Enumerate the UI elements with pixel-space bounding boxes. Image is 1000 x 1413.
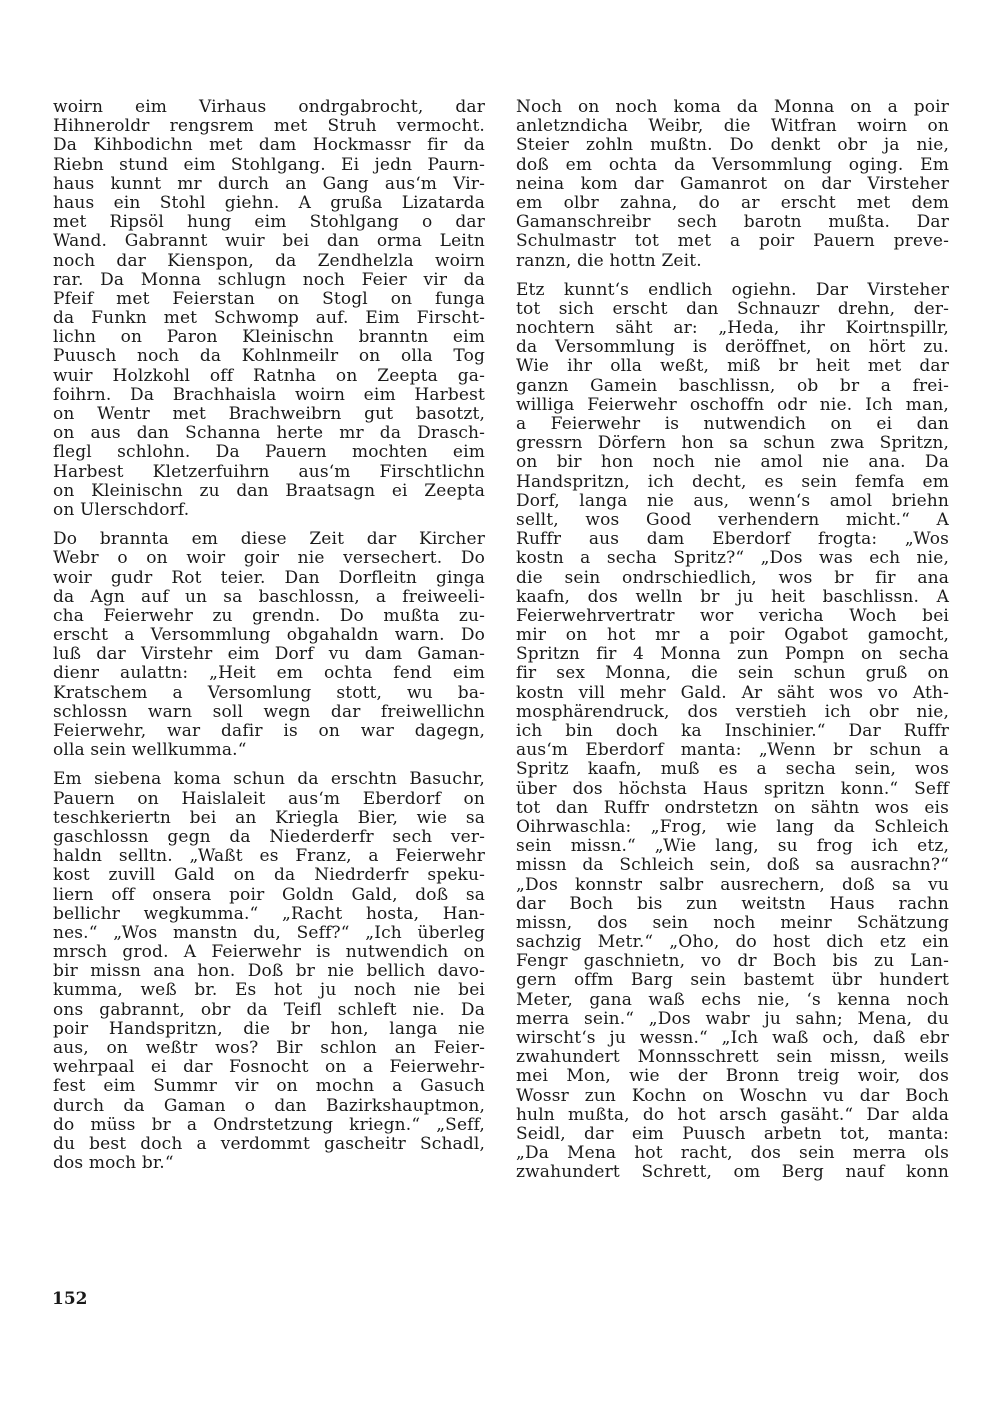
text-line: haus ein Stohl giehn. A grußa Lizatarda bbox=[53, 194, 485, 213]
text-line: on Kleinischn zu dan Braatsagn ei Zeepta bbox=[53, 482, 485, 501]
paragraph: woirn eim Virhaus ondrgabrocht, darHihne… bbox=[53, 98, 485, 520]
text-line: Riebn stund eim Stohlgang. Ei jedn Paurn… bbox=[53, 156, 485, 175]
text-line: wirscht‘s ju wessn.“ „Ich waß och, daß e… bbox=[516, 1029, 949, 1048]
text-line: Feierwehr, war dafir is on war dagegn, bbox=[53, 722, 485, 741]
text-line: poir Handspritzn, die br hon, langa nie bbox=[53, 1020, 485, 1039]
text-line: a Feierwehr is nutwendich on ei dan bbox=[516, 415, 949, 434]
text-line: Em siebena koma schun da erschtn Basuchr… bbox=[53, 770, 485, 789]
text-line: Wossr zun Kochn on Woschn vu dar Boch bbox=[516, 1087, 949, 1106]
text-line: liern off onsera poir Goldn Gald, doß sa bbox=[53, 886, 485, 905]
text-line: kostn vill mehr Gald. Ar säht wos vo Ath… bbox=[516, 684, 949, 703]
text-line: neina kom dar Gamanrot on dar Virsteher bbox=[516, 175, 949, 194]
text-line: sellt, wos Good verhendern micht.“ A bbox=[516, 511, 949, 530]
text-line: merra sein.“ „Dos wabr ju sahn; Mena, du bbox=[516, 1010, 949, 1029]
text-line: kostn a secha Spritz?“ „Dos was ech nie, bbox=[516, 549, 949, 568]
text-line: aus, on weßtr wos? Bir schlon an Feier- bbox=[53, 1039, 485, 1058]
text-line: Handspritzn, ich decht, es sein femfa em bbox=[516, 473, 949, 492]
text-line: foihrn. Da Brachhaisla woirn eim Harbest bbox=[53, 386, 485, 405]
text-line: ons gabrannt, obr da Teifl schleft nie. … bbox=[53, 1001, 485, 1020]
text-line: du best doch a verdommt gascheitr Schadl… bbox=[53, 1135, 485, 1154]
text-line: cha Feierwehr zu grendn. Do mußta zu- bbox=[53, 607, 485, 626]
page-number: 152 bbox=[52, 1289, 88, 1309]
text-line: da Funkn met Schwomp auf. Eim Firscht- bbox=[53, 309, 485, 328]
text-line: aus‘m Eberdorf manta: „Wenn br schun a bbox=[516, 741, 949, 760]
text-line: über dos höchsta Haus spritzn konn.“ Sef… bbox=[516, 780, 949, 799]
text-line: noch dar Kienspon, da Zendhelzla woirn bbox=[53, 252, 485, 271]
text-line: tot dan Ruffr ondrstetzn on sähtn wos ei… bbox=[516, 799, 949, 818]
text-line: woir gudr Rot teier. Dan Dorfleitn ginga bbox=[53, 569, 485, 588]
paragraph: Etz kunnt‘s endlich ogiehn. Dar Virstehe… bbox=[516, 281, 949, 1183]
text-line: Meter, gana waß echs nie, ‘s kenna noch bbox=[516, 991, 949, 1010]
text-line: fest eim Summr vir on mochn a Gasuch bbox=[53, 1077, 485, 1096]
text-line: Steier zohln mußtn. Do denkt obr ja nie, bbox=[516, 136, 949, 155]
text-line: huln mußta, do hot arsch gasäht.“ Dar al… bbox=[516, 1106, 949, 1125]
text-line: nes.“ „Wos manstn du, Seff?“ „Ich überle… bbox=[53, 924, 485, 943]
text-line: „Da Mena hot racht, dos sein merra ols bbox=[516, 1144, 949, 1163]
text-line: Webr o on woir goir nie versechert. Do bbox=[53, 549, 485, 568]
text-line: Spritz kaafn, muß es a secha sein, wos bbox=[516, 760, 949, 779]
left-column: woirn eim Virhaus ondrgabrocht, darHihne… bbox=[53, 98, 485, 1173]
text-line: Feierwehrvertratr wor vericha Woch bei bbox=[516, 607, 949, 626]
text-line: „Dos konnstr salbr ausrechern, doß sa vu bbox=[516, 876, 949, 895]
text-line: dos moch br.“ bbox=[53, 1154, 485, 1173]
text-line: nochtern säht ar: „Heda, ihr Koirtnspill… bbox=[516, 319, 949, 338]
text-line: Ruffr aus dam Eberdorf frogta: „Wos bbox=[516, 530, 949, 549]
text-line: doß em ochta da Versommlung oging. Em bbox=[516, 156, 949, 175]
text-line: ganzn Gamein baschlissn, ob br a frei- bbox=[516, 377, 949, 396]
text-line: flegl schlohn. Da Pauern mochten eim bbox=[53, 443, 485, 462]
text-line: em olbr zahna, do ar erscht met dem bbox=[516, 194, 949, 213]
text-line: lichn on Paron Kleinischn branntn eim bbox=[53, 328, 485, 347]
text-line: missn da Schleich sein, doß sa ausrachn?… bbox=[516, 856, 949, 875]
text-line: ich bin doch ka Inschinier.“ Dar Ruffr bbox=[516, 722, 949, 741]
text-line: on aus dan Schanna herte mr da Drasch- bbox=[53, 424, 485, 443]
text-line: sein missn.“ „Wie lang, su frog ich etz, bbox=[516, 837, 949, 856]
text-line: sachzig Metr.“ „Oho, do host dich etz ei… bbox=[516, 933, 949, 952]
text-line: da Agn auf un sa baschlossn, a freiweeli… bbox=[53, 588, 485, 607]
text-line: Schulmastr tot met a poir Pauern preve- bbox=[516, 232, 949, 251]
text-line: anletzndicha Weibr, die Witfran woirn on bbox=[516, 117, 949, 136]
text-line: Seidl, dar eim Puusch arbetn tot, manta: bbox=[516, 1125, 949, 1144]
text-line: Wie ihr olla weßt, miß br heit met dar bbox=[516, 357, 949, 376]
text-line: durch da Gaman o dan Bazirkshauptmon, bbox=[53, 1097, 485, 1116]
text-line: williga Feierwehr oschoffn odr nie. Ich … bbox=[516, 396, 949, 415]
text-line: mei Mon, wie der Bronn treig woir, dos bbox=[516, 1067, 949, 1086]
text-line: on Wentr met Brachweibrn gut basotzt, bbox=[53, 405, 485, 424]
text-line: Hihneroldr rengsrem met Struh vermocht. bbox=[53, 117, 485, 136]
text-line: bellichr wegkumma.“ „Racht hosta, Han- bbox=[53, 905, 485, 924]
text-line: met Ripsöl hung eim Stohlgang o dar bbox=[53, 213, 485, 232]
text-line: dienr aulattn: „Heit em ochta fend eim bbox=[53, 664, 485, 683]
text-line: dar Boch bis zun weitstn Haus rachn bbox=[516, 895, 949, 914]
text-line: kaafn, dos welln br ju heit baschlissn. … bbox=[516, 588, 949, 607]
text-line: mrsch grod. A Feierwehr is nutwendich on bbox=[53, 943, 485, 962]
text-line: wuir Holzkohl off Ratnha on Zeepta ga- bbox=[53, 367, 485, 386]
text-line: gaschlossn gegn da Niederderfr sech ver- bbox=[53, 828, 485, 847]
text-line: woirn eim Virhaus ondrgabrocht, dar bbox=[53, 98, 485, 117]
paragraph: Em siebena koma schun da erschtn Basuchr… bbox=[53, 770, 485, 1173]
book-page: woirn eim Virhaus ondrgabrocht, darHihne… bbox=[0, 0, 1000, 1413]
text-line: mosphärendruck, dos verstieh ich obr nie… bbox=[516, 703, 949, 722]
text-line: Harbest Kletzerfuihrn aus‘m Firschtlichn bbox=[53, 463, 485, 482]
text-line: Pauern on Haislaleit aus‘m Eberdorf on bbox=[53, 790, 485, 809]
text-line: kost zuvill Gald on da Niedrderfr speku- bbox=[53, 866, 485, 885]
text-line: Noch on noch koma da Monna on a poir bbox=[516, 98, 949, 117]
text-line: zwahundert Monnsschrett sein missn, weil… bbox=[516, 1048, 949, 1067]
text-line: gressrn Dörfern hon sa schun zwa Spritzn… bbox=[516, 434, 949, 453]
text-line: mir on hot mr a poir Ogabot gamocht, bbox=[516, 626, 949, 645]
text-line: olla sein wellkumma.“ bbox=[53, 741, 485, 760]
text-line: gern offm Barg sein bastemt übr hundert bbox=[516, 971, 949, 990]
text-line: luß dar Virstehr eim Dorf vu dam Gaman- bbox=[53, 645, 485, 664]
text-line: Oihrwaschla: „Frog, wie lang da Schleich bbox=[516, 818, 949, 837]
text-line: tot sich erscht dan Schnauzr drehn, der- bbox=[516, 300, 949, 319]
text-line: haldn selltn. „Waßt es Franz, a Feierweh… bbox=[53, 847, 485, 866]
text-line: Pfeif met Feierstan on Stogl on funga bbox=[53, 290, 485, 309]
text-line: die sein ondrschiedlich, wos br fir ana bbox=[516, 569, 949, 588]
text-line: da Versommlung is deröffnet, on hört zu. bbox=[516, 338, 949, 357]
text-line: on bir hon noch nie amol nie ana. Da bbox=[516, 453, 949, 472]
text-line: ranzn, die hottn Zeit. bbox=[516, 252, 949, 271]
text-line: Fengr gaschnietn, vo dr Boch bis zu Lan- bbox=[516, 952, 949, 971]
text-line: Da Kihbodichn met dam Hockmassr fir da bbox=[53, 136, 485, 155]
text-line: fir sex Monna, die sein schun gruß on bbox=[516, 664, 949, 683]
text-line: Spritzn fir 4 Monna zun Pompn on secha bbox=[516, 645, 949, 664]
text-line: Puusch noch da Kohlnmeilr on olla Tog bbox=[53, 347, 485, 366]
text-line: schlossn warn soll wegn dar freiwellichn bbox=[53, 703, 485, 722]
paragraph: Do brannta em diese Zeit dar KircherWebr… bbox=[53, 530, 485, 760]
text-line: zwahundert Schrett, om Berg nauf konn bbox=[516, 1163, 949, 1182]
text-line: erscht a Versommlung obgahaldn warn. Do bbox=[53, 626, 485, 645]
text-line: missn, dos sein noch meinr Schätzung bbox=[516, 914, 949, 933]
right-column: Noch on noch koma da Monna on a poiranle… bbox=[516, 98, 949, 1183]
text-line: Wand. Gabrannt wuir bei dan orma Leitn bbox=[53, 232, 485, 251]
text-line: Dorf, langa nie aus, wenn‘s amol briehn bbox=[516, 492, 949, 511]
text-line: teschkeriertn bei an Kriegla Bier, wie s… bbox=[53, 809, 485, 828]
text-line: do müss br a Ondrstetzung kriegn.“ „Seff… bbox=[53, 1116, 485, 1135]
text-line: rar. Da Monna schlugn noch Feier vir da bbox=[53, 271, 485, 290]
text-line: Etz kunnt‘s endlich ogiehn. Dar Virstehe… bbox=[516, 281, 949, 300]
text-line: kumma, weß br. Es hot ju noch nie bei bbox=[53, 981, 485, 1000]
paragraph: Noch on noch koma da Monna on a poiranle… bbox=[516, 98, 949, 271]
text-line: haus kunnt mr durch an Gang aus‘m Vir- bbox=[53, 175, 485, 194]
text-line: on Ulerschdorf. bbox=[53, 501, 485, 520]
text-line: Gamanschreibr sech barotn mußta. Dar bbox=[516, 213, 949, 232]
text-line: Do brannta em diese Zeit dar Kircher bbox=[53, 530, 485, 549]
text-line: bir missn ana hon. Doß br nie bellich da… bbox=[53, 962, 485, 981]
text-line: Kratschem a Versomlung stott, wu ba- bbox=[53, 684, 485, 703]
text-line: wehrpaal ei dar Fosnocht on a Feierwehr- bbox=[53, 1058, 485, 1077]
